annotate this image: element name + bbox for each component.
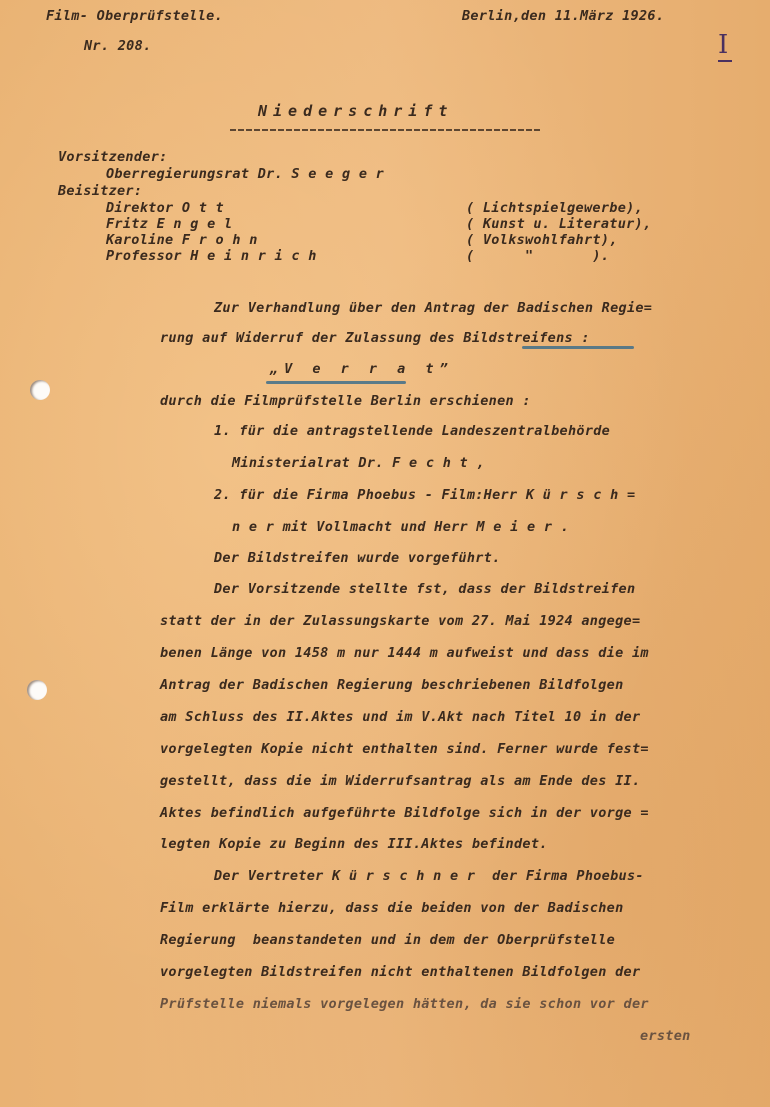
body-line: am Schluss des II.Aktes und im V.Akt nac… <box>160 709 640 725</box>
body-line: benen Länge von 1458 m nur 1444 m aufwei… <box>160 645 649 661</box>
assessor-role: ( " ). <box>466 248 609 264</box>
body-line: statt der in der Zulassungskarte vom 27.… <box>160 613 640 629</box>
film-title: „V e r r a t” <box>270 361 454 377</box>
body-line: Der Vertreter K ü r s c h n e r der Firm… <box>214 868 644 884</box>
assessor-name: Professor H e i n r i c h <box>106 248 317 264</box>
assessor-name: Fritz E n g e l <box>106 216 232 232</box>
assessor-role: ( Volkswohlfahrt), <box>466 232 618 248</box>
body-line: Zur Verhandlung über den Antrag der Badi… <box>214 300 652 316</box>
assessor-role: ( Kunst u. Literatur), <box>466 216 651 232</box>
body-line: vorgelegten Kopie nicht enthalten sind. … <box>160 741 649 757</box>
blue-underline <box>522 346 634 349</box>
document-title: Niederschrift <box>258 102 453 120</box>
chair-label: Vorsitzender: <box>58 149 168 165</box>
assessors-label: Beisitzer: <box>58 183 142 199</box>
office-name: Film- Oberprüfstelle. <box>46 8 223 24</box>
assessor-name: Karoline F r o h n <box>106 232 258 248</box>
blue-underline <box>266 381 406 384</box>
body-line: durch die Filmprüfstelle Berlin erschien… <box>160 393 531 409</box>
body-line: Der Vorsitzende stellte fst, dass der Bi… <box>214 581 635 597</box>
body-line: Regierung beanstandeten und in dem der O… <box>160 932 615 948</box>
body-line: Ministerialrat Dr. F e c h t , <box>232 455 485 471</box>
document-number: Nr. 208. <box>84 38 151 54</box>
assessor-name: Direktor O t t <box>106 200 224 216</box>
handwritten-mark: I <box>718 30 728 60</box>
body-line: n e r mit Vollmacht und Herr M e i e r . <box>232 519 569 535</box>
body-line: rung auf Widerruf der Zulassung des Bild… <box>160 330 590 346</box>
title-underline <box>230 129 540 131</box>
body-line: legten Kopie zu Beginn des III.Aktes bef… <box>160 836 548 852</box>
place-date: Berlin,den 11.März 1926. <box>462 8 664 24</box>
body-line: 2. für die Firma Phoebus - Film:Herr K ü… <box>214 487 635 503</box>
punch-hole <box>30 380 50 400</box>
body-line: Aktes befindlich aufgeführte Bildfolge s… <box>160 805 649 821</box>
continuation-word: ersten <box>640 1028 691 1044</box>
body-line: gestellt, dass die im Widerrufsantrag al… <box>160 773 640 789</box>
body-line: Prüfstelle niemals vorgelegen hätten, da… <box>160 996 649 1012</box>
chair-name: Oberregierungsrat Dr. S e e g e r <box>106 166 384 182</box>
body-line: Antrag der Badischen Regierung beschrieb… <box>160 677 624 693</box>
assessor-role: ( Lichtspielgewerbe), <box>466 200 643 216</box>
body-line: vorgelegten Bildstreifen nicht enthalten… <box>160 964 640 980</box>
punch-hole <box>27 680 47 700</box>
document-page: Film- Oberprüfstelle. Berlin,den 11.März… <box>0 0 770 1107</box>
body-line: 1. für die antragstellende Landeszentral… <box>214 423 610 439</box>
handwritten-underline <box>718 60 732 62</box>
body-line: Film erklärte hierzu, dass die beiden vo… <box>160 900 624 916</box>
body-line: Der Bildstreifen wurde vorgeführt. <box>214 550 501 566</box>
